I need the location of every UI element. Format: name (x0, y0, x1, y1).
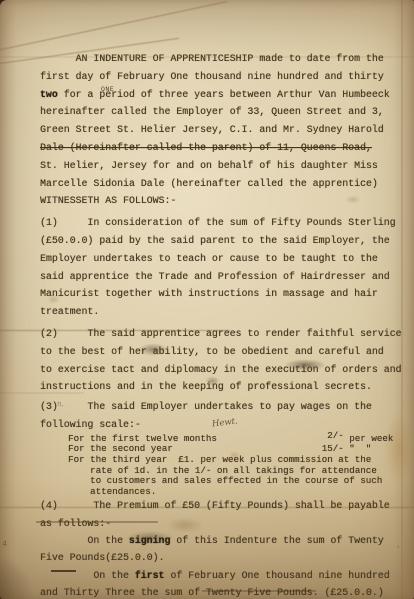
doc-line: WITNESSETH AS FOLLOWS:- (40, 192, 404, 210)
doc-text: said apprentice the Trade and Profession… (40, 271, 390, 282)
doc-text: two (40, 89, 58, 100)
doc-text: of this Indenture the sum of Twenty (170, 535, 383, 546)
doc-text: Manicurist together with instructions in… (40, 288, 378, 299)
doc-line: Marcelle Sidonia Dale (hereinafter calle… (40, 175, 404, 193)
doc-text: St. Helier, Jersey for and on behalf of … (40, 160, 378, 171)
doc-text: instructions and in the keeping of profe… (40, 381, 372, 392)
doc-text: and Thirty Three the sum of Twenty Five … (40, 587, 384, 598)
doc-line: to the best of her ability, to be obedie… (40, 343, 404, 361)
doc-text: (4) The Premium of £50 (Fifty Pounds) sh… (40, 500, 390, 511)
doc-line: Five Pounds(£25.0.0). (40, 549, 404, 566)
doc-line: instructions and in the keeping of profe… (40, 378, 404, 396)
doc-text: hereinafter called the Employer of 33, Q… (40, 106, 384, 117)
opening-paragraph: AN INDENTURE OF APPRENTICESHIP made to d… (40, 50, 404, 210)
doc-line: Green Street St. Helier Jersey, C.I. and… (40, 121, 404, 139)
doc-text: to exercise tact and diplomacy in the ex… (40, 364, 401, 375)
doc-line: (2) The said apprentice agrees to render… (40, 325, 404, 343)
pen-mark-right-margin: ' (396, 546, 400, 554)
clause-4: (4) The Premium of £50 (Fifty Pounds) sh… (40, 497, 404, 599)
pen-mark-left-margin: 4 (2, 540, 7, 549)
doc-text: 2/- (327, 430, 344, 441)
doc-text: Marcelle Sidonia Dale (hereinafter calle… (40, 178, 378, 189)
doc-text: For the first twelve months (68, 433, 327, 444)
typed-margin-dash (51, 570, 76, 572)
doc-line: Manicurist together with instructions in… (40, 285, 404, 303)
doc-line: (£50.0.0) paid by the said parent to the… (40, 232, 404, 250)
doc-line: said apprentice the Trade and Profession… (40, 268, 404, 286)
doc-line: to exercise tact and diplomacy in the ex… (40, 361, 404, 379)
doc-text: On the (40, 535, 129, 546)
doc-text: Dale (Hereinafter called the parent) of … (40, 142, 372, 153)
doc-line: (1) In consideration of the sum of Fifty… (40, 214, 404, 232)
doc-text: signing (129, 535, 170, 546)
doc-line: first day of February One thousand nine … (40, 68, 404, 86)
doc-text: first (135, 570, 165, 581)
doc-text: (£50.0.0) paid by the said parent to the… (40, 235, 390, 246)
typed-correction-one: ONE (101, 86, 114, 93)
doc-line: Employer undertakes to teach or cause to… (40, 250, 404, 268)
doc-text: treatment. (40, 306, 99, 317)
doc-line: two for a period of three years between … (40, 86, 404, 104)
doc-text: AN INDENTURE OF APPRENTICESHIP made to d… (40, 53, 384, 64)
paper-stain (0, 556, 34, 599)
doc-text: For the second year 15/- " " (68, 443, 371, 454)
doc-text: For the third year £1. per week plus com… (68, 454, 371, 465)
doc-line: treatment. (40, 303, 404, 321)
doc-text: first day of February One thousand nine … (40, 71, 384, 82)
doc-text: following scale:- (40, 419, 141, 430)
doc-line: as follows:- (40, 515, 404, 532)
doc-line: attendances. (68, 487, 404, 498)
doc-text: as follows:- (40, 518, 111, 529)
doc-text: Employer undertakes to teach or cause to… (40, 253, 378, 264)
doc-line: (4) The Premium of £50 (Fifty Pounds) sh… (40, 497, 404, 514)
doc-text: (3) The said Employer undertakes to pay … (40, 401, 372, 412)
doc-line: Dale (Hereinafter called the parent) of … (40, 139, 404, 157)
doc-line: On the first of February One thousand ni… (40, 567, 404, 584)
doc-line: St. Helier, Jersey for and on behalf of … (40, 157, 404, 175)
wage-scale: For the first twelve months 2/- per week… (68, 434, 404, 498)
document-body: AN INDENTURE OF APPRENTICESHIP made to d… (40, 50, 404, 599)
doc-text: to customers and sales effected in the c… (68, 475, 382, 486)
doc-line: AN INDENTURE OF APPRENTICESHIP made to d… (40, 50, 404, 68)
aged-paper-sheet: AN INDENTURE OF APPRENTICESHIP made to d… (0, 0, 414, 599)
doc-text: rate of 1d. in the 1/- on all takings fo… (68, 465, 377, 476)
pencil-note: n, (57, 400, 64, 408)
clause-1: (1) In consideration of the sum of Fifty… (40, 214, 404, 321)
doc-text: Five Pounds(£25.0.0). (40, 552, 164, 563)
doc-line: and Thirty Three the sum of Twenty Five … (40, 584, 404, 599)
doc-text: to the best of her ability, to be obedie… (40, 346, 384, 357)
doc-text: (1) In consideration of the sum of Fifty… (40, 217, 396, 228)
doc-text: Green Street St. Helier Jersey, C.I. and… (40, 124, 384, 135)
clause-2: (2) The said apprentice agrees to render… (40, 325, 404, 396)
doc-text: WITNESSETH AS FOLLOWS:- (40, 195, 176, 206)
doc-text: attendances. (68, 486, 156, 497)
doc-text: (2) The said apprentice agrees to render… (40, 328, 401, 339)
doc-line: (3) The said Employer undertakes to pay … (40, 398, 404, 416)
doc-line: hereinafter called the Employer of 33, Q… (40, 103, 404, 121)
doc-text: per week (344, 433, 394, 444)
doc-text: of February One thousand nine hundred (164, 570, 389, 581)
doc-line: On the signing of this Indenture the sum… (40, 532, 404, 549)
